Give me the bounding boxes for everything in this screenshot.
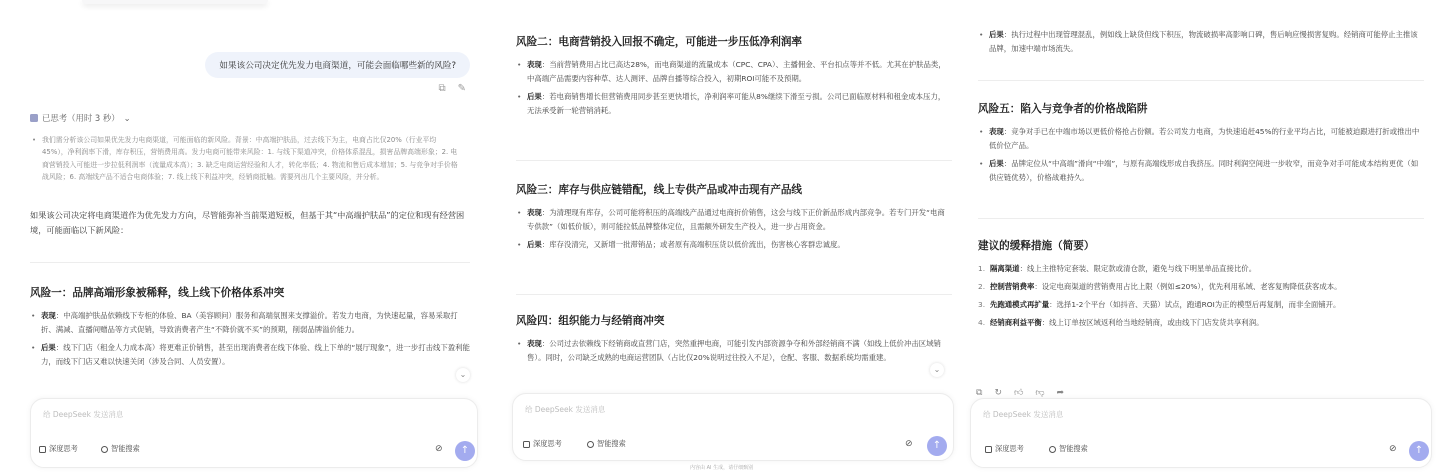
message-composer: 给 DeepSeek 发送消息 深度思考 智能搜索 ⊘ ↑ xyxy=(30,398,478,468)
send-button[interactable]: ↑ xyxy=(1409,441,1429,461)
copy-icon[interactable]: ⧉ xyxy=(976,388,982,398)
globe-icon xyxy=(1049,446,1056,453)
risk-4-section: 风险四：组织能力与经销商冲突 表现：公司过去依赖线下经销商或直营门店，突然重押电… xyxy=(516,313,952,369)
risk-4-consequence: 后果：执行过程中出现管理混乱，例如线上缺货但线下积压，物流破损率高影响口碑，售后… xyxy=(978,28,1424,60)
mitigation-item: 2.控制营销费率：设定电商渠道的营销费用占比上限（例如≤20%），优先利用私域、… xyxy=(978,280,1424,294)
top-input-edge xyxy=(82,0,268,4)
message-input[interactable]: 给 DeepSeek 发送消息 xyxy=(983,409,1063,420)
regenerate-icon[interactable]: ↻ xyxy=(994,388,1002,398)
risk-5-title: 风险五：陷入与竞争者的价格战陷阱 xyxy=(978,101,1424,116)
deep-think-icon xyxy=(985,446,992,453)
chat-panel-2: 风险二：电商营销投入回报不确定，可能进一步压低净利润率 表现：当前营销费用占比已… xyxy=(490,0,962,474)
risk-5-bullet: 表现：竞争对手已在中端市场以更低价格抢占份额。若公司发力电商，为快速追赶45%的… xyxy=(978,125,1424,153)
message-input[interactable]: 给 DeepSeek 发送消息 xyxy=(525,404,605,415)
paperclip-icon[interactable]: ⊘ xyxy=(435,444,443,454)
risk-1-bullet: 表现：中高端护肤品依赖线下专柜的体验、BA（美容顾问）服务和高端氛围来支撑溢价。… xyxy=(30,309,470,337)
risk-5-section: 风险五：陷入与竞争者的价格战陷阱 表现：竞争对手已在中端市场以更低价格抢占份额。… xyxy=(978,101,1424,189)
risk-3-bullet: 表现：为清理现有库存，公司可能将积压的高端线产品通过电商折价销售，这会与线下正价… xyxy=(516,206,952,234)
thumbs-down-icon[interactable]: 👎︎ xyxy=(1035,388,1044,398)
globe-icon xyxy=(587,441,594,448)
risk-1-section: 风险一：品牌高端形象被稀释，线上线下价格体系冲突 表现：中高端护肤品依赖线下专柜… xyxy=(30,285,470,373)
paperclip-icon[interactable]: ⊘ xyxy=(905,439,913,449)
deep-think-button[interactable]: 深度思考 xyxy=(985,444,1024,454)
divider xyxy=(30,262,470,263)
web-search-button[interactable]: 智能搜索 xyxy=(587,439,626,449)
risk-4-title: 风险四：组织能力与经销商冲突 xyxy=(516,313,952,328)
thinking-label: 已思考（用时 3 秒） xyxy=(42,112,120,124)
send-button[interactable]: ↑ xyxy=(927,436,947,456)
mitigation-item: 3.先跑通模式再扩量：选择1-2个平台（如抖音、天猫）试点，跑通ROI为正的模型… xyxy=(978,298,1424,312)
user-message-bubble: 如果该公司决定优先发力电商渠道，可能会面临哪些新的风险? xyxy=(205,52,470,78)
reply-actions: ⧉ ↻ 👍︎ 👎︎ ➦ xyxy=(976,388,1064,398)
scroll-to-bottom-button[interactable]: ⌄ xyxy=(930,363,944,377)
risk-1-bullet: 后果：线下门店（租金人力成本高）将更难正价销售，甚至出现消费者在线下体验、线上下… xyxy=(30,341,470,369)
share-icon[interactable]: ➦ xyxy=(1057,388,1065,398)
copy-icon[interactable]: ⧉ xyxy=(438,83,445,94)
send-button[interactable]: ↑ xyxy=(455,441,475,461)
message-composer: 给 DeepSeek 发送消息 深度思考 智能搜索 ⊘ ↑ xyxy=(512,393,954,461)
chat-panel-3: 后果：执行过程中出现管理混乱，例如线上缺货但线下积压，物流破损率高影响口碑，售后… xyxy=(966,0,1438,474)
divider xyxy=(978,218,1424,219)
risk-3-section: 风险三：库存与供应链错配，线上专供产品或冲击现有产品线 表现：为清理现有库存，公… xyxy=(516,182,952,256)
paperclip-icon[interactable]: ⊘ xyxy=(1389,444,1397,454)
risk-2-bullet: 表现：当前营销费用占比已高达28%，而电商渠道的流量成本（CPC、CPA）、主播… xyxy=(516,58,952,86)
globe-icon xyxy=(101,446,108,453)
risk-1-title: 风险一：品牌高端形象被稀释，线上线下价格体系冲突 xyxy=(30,285,470,300)
mitigation-title: 建议的缓释措施（简要） xyxy=(978,238,1424,253)
mitigation-section: 建议的缓释措施（简要） 1.隔离渠道：线上主推特定套装、限定款或清仓款，避免与线… xyxy=(978,238,1424,334)
divider xyxy=(516,294,952,295)
deep-think-button[interactable]: 深度思考 xyxy=(523,439,562,449)
risk-2-section: 风险二：电商营销投入回报不确定，可能进一步压低净利润率 表现：当前营销费用占比已… xyxy=(516,34,952,122)
chat-panel-1: 如果该公司决定优先发力电商渠道，可能会面临哪些新的风险? ⧉ ✎ 已思考（用时 … xyxy=(0,0,484,474)
thinking-content: 我们需分析该公司如果优先发力电商渠道，可能面临的新风险。背景：中高端护肤品，过去… xyxy=(30,134,460,184)
scroll-to-bottom-button[interactable]: ⌄ xyxy=(456,368,470,382)
risk-4-bullet: 表现：公司过去依赖线下经销商或直营门店，突然重押电商，可能引发内部资源争夺和外部… xyxy=(516,337,952,365)
risk-5-bullet: 后果：品牌定位从“中高端”滑向“中端”，与原有高端线形成自我挤压。同时利润空间进… xyxy=(978,157,1424,185)
ai-disclaimer: 内容由 AI 生成，请仔细甄别 xyxy=(690,464,753,471)
thinking-toggle[interactable]: 已思考（用时 3 秒） ⌄ xyxy=(30,112,131,124)
web-search-button[interactable]: 智能搜索 xyxy=(1049,444,1088,454)
mitigation-item: 1.隔离渠道：线上主推特定套装、限定款或清仓款，避免与线下明星单品直接比价。 xyxy=(978,262,1424,276)
risk-4-bullet: 后果：执行过程中出现管理混乱，例如线上缺货但线下积压，物流破损率高影响口碑，售后… xyxy=(978,28,1424,56)
deep-think-button[interactable]: 深度思考 xyxy=(39,444,78,454)
deep-think-icon xyxy=(39,446,46,453)
deep-think-icon xyxy=(523,441,530,448)
thinking-icon xyxy=(30,114,38,122)
risk-2-title: 风险二：电商营销投入回报不确定，可能进一步压低净利润率 xyxy=(516,34,952,49)
risk-3-bullet: 后果：库存没清完，又新增一批滞销品；或者原有高端积压货以低价流出，伤害核心客群忠… xyxy=(516,238,952,252)
message-composer: 给 DeepSeek 发送消息 深度思考 智能搜索 ⊘ ↑ xyxy=(970,398,1432,468)
web-search-button[interactable]: 智能搜索 xyxy=(101,444,140,454)
thumbs-up-icon[interactable]: 👍︎ xyxy=(1014,388,1023,398)
answer-intro: 如果该公司决定将电商渠道作为优先发力方向，尽管能弥补当前渠道短板，但基于其“中高… xyxy=(30,208,470,238)
chevron-down-icon: ⌄ xyxy=(124,113,131,123)
mitigation-item: 4.经销商利益平衡：线上订单按区域返利给当地经销商，或由线下门店发货共享利润。 xyxy=(978,316,1424,330)
user-message-actions: ⧉ ✎ xyxy=(438,83,466,94)
message-input[interactable]: 给 DeepSeek 发送消息 xyxy=(43,409,123,420)
divider xyxy=(516,160,952,161)
edit-icon[interactable]: ✎ xyxy=(458,83,466,94)
risk-3-title: 风险三：库存与供应链错配，线上专供产品或冲击现有产品线 xyxy=(516,182,952,197)
divider xyxy=(978,80,1424,81)
risk-2-bullet: 后果：若电商销售增长但营销费用同步甚至更快增长，净利润率可能从8%继续下滑至亏损… xyxy=(516,90,952,118)
